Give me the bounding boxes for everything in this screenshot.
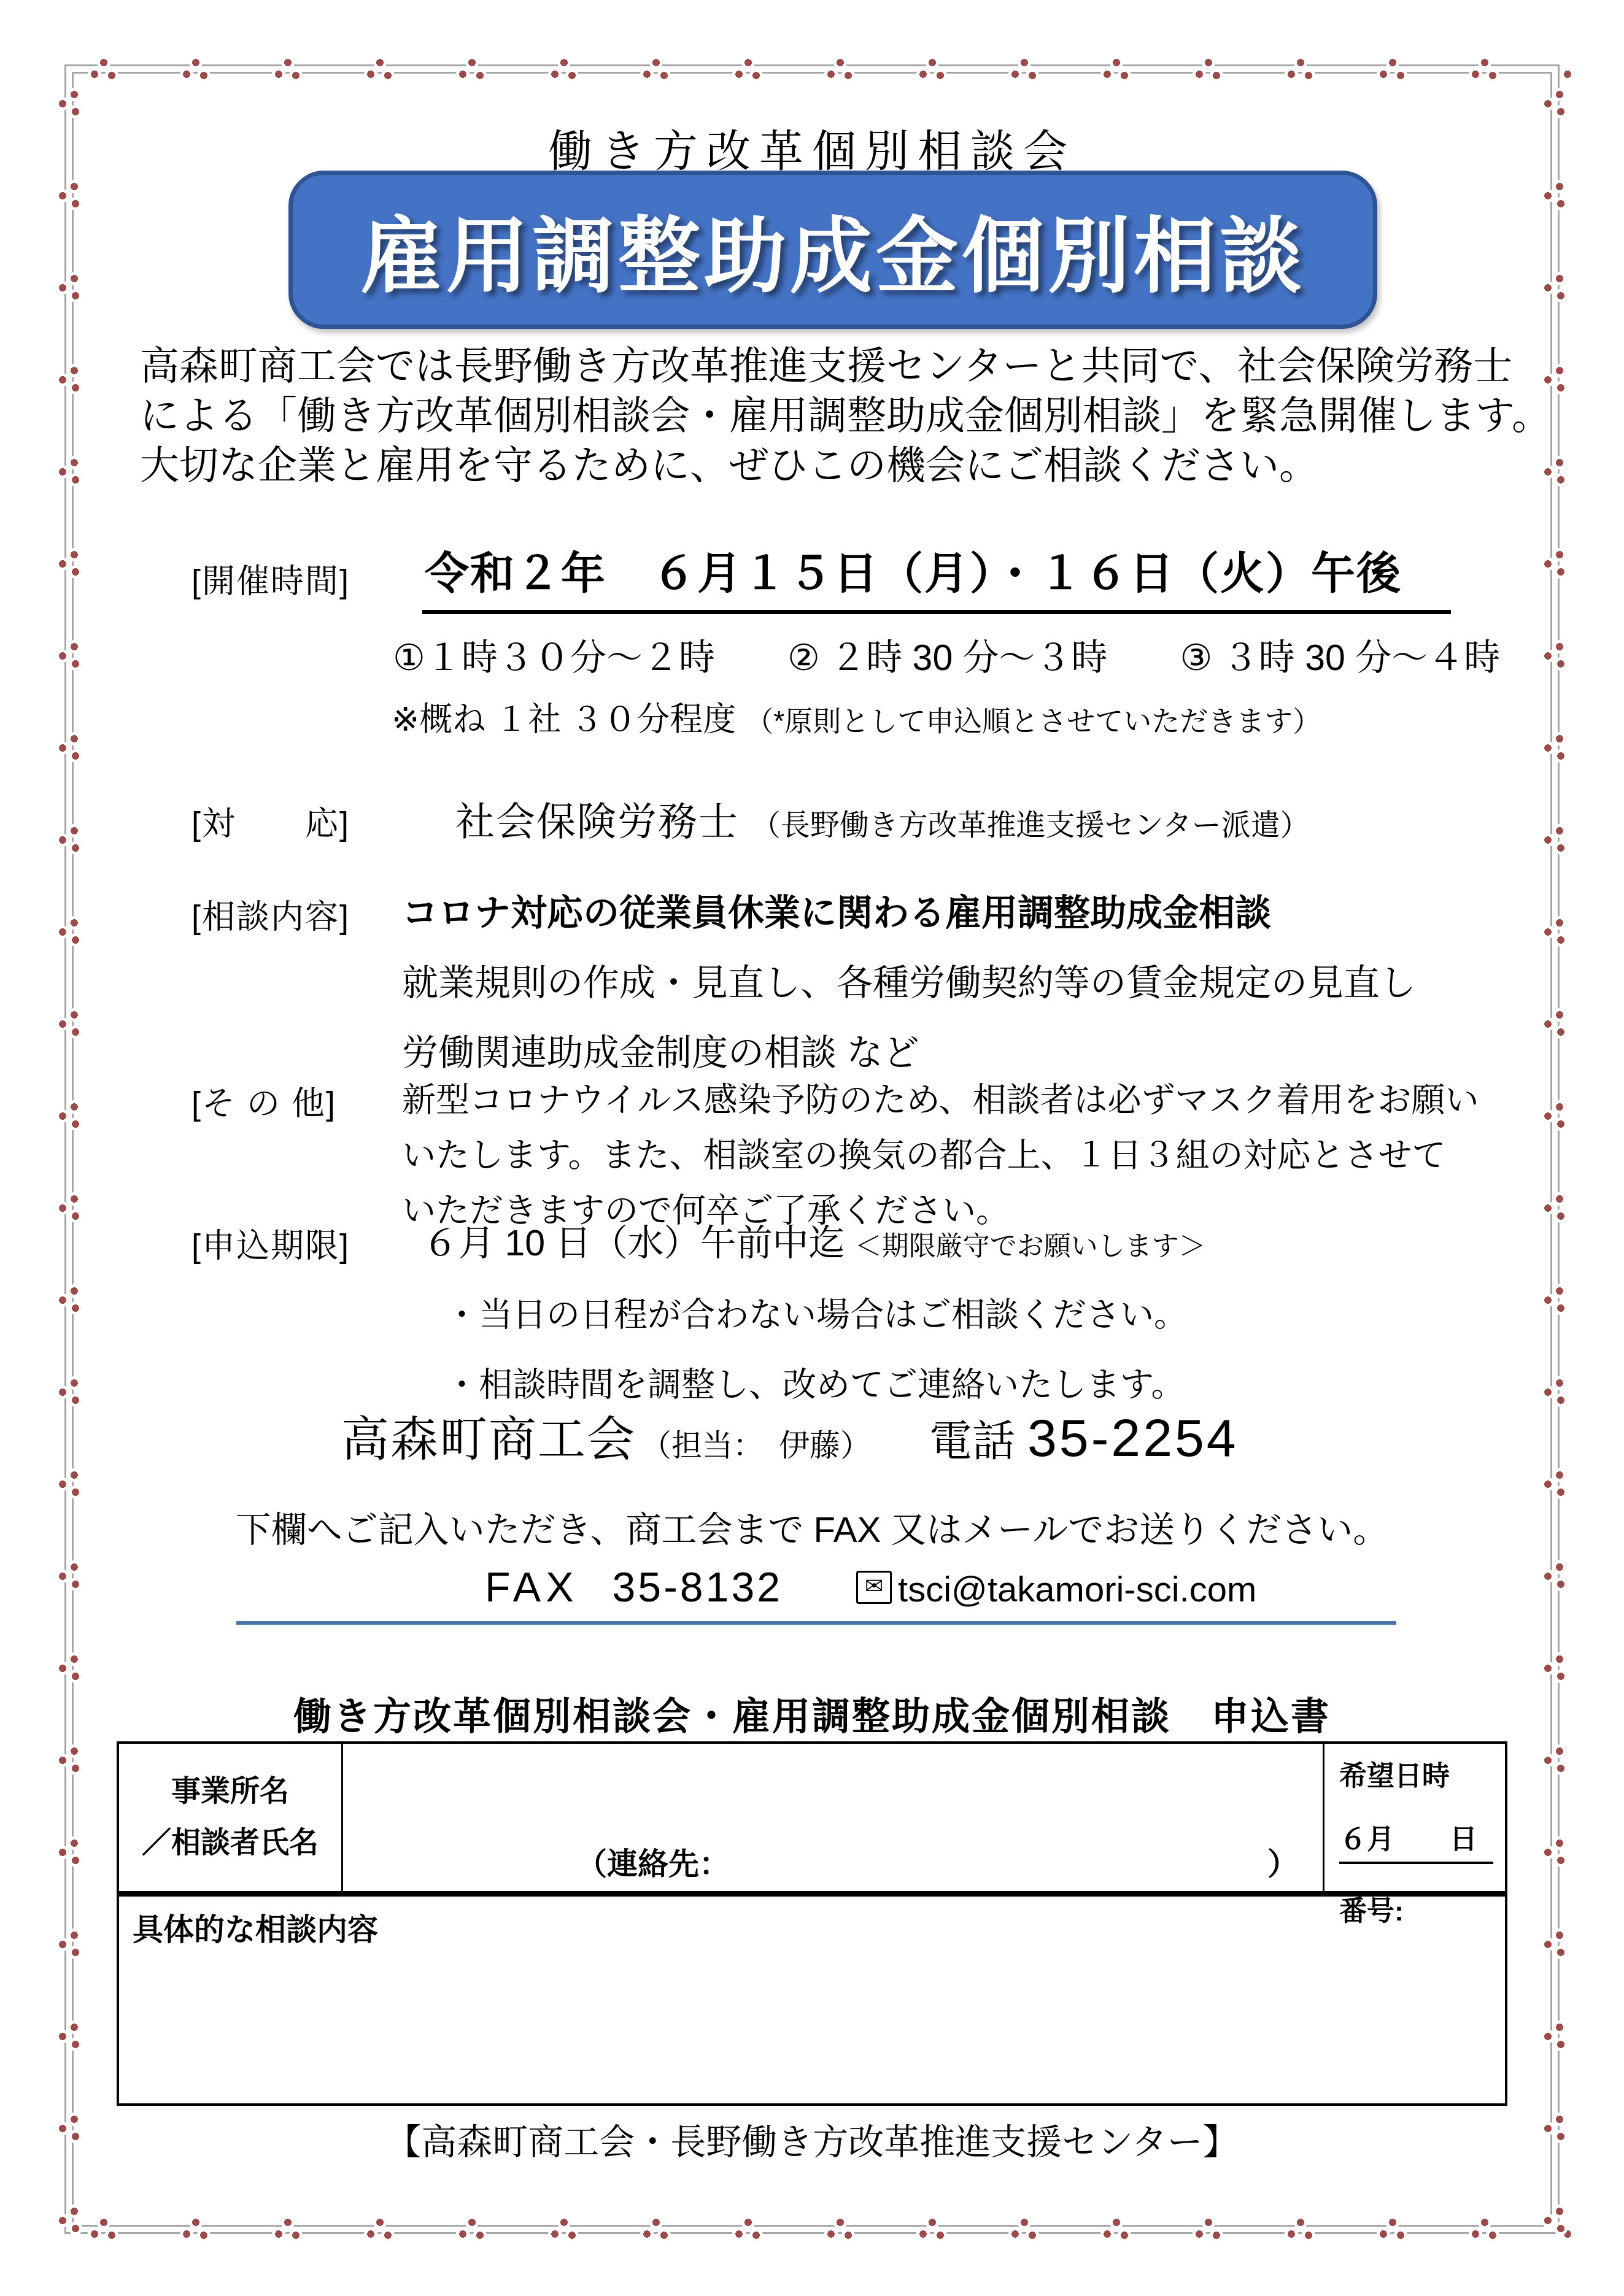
correspondent-name: 社会保険労務士 xyxy=(455,799,739,844)
fax-label: FAX xyxy=(485,1563,579,1611)
office-name-label-cell: 事業所名 ／相談者氏名 xyxy=(119,1744,343,1891)
section-divider xyxy=(236,1621,1396,1625)
phone-label: 電話 xyxy=(929,1407,1015,1469)
schedule-note-paren: （*原則として申込順とさせていただきます） xyxy=(745,705,1321,737)
others-line: 新型コロナウイルス感染予防のため、相談者は必ずマスク着用をお願い xyxy=(402,1073,1479,1121)
schedule-note-main: ※概ね １社 ３０分程度 xyxy=(392,701,736,738)
office-name-label-line1: 事業所名 xyxy=(171,1766,289,1817)
footer-organizers: 【高森町商工会・長野働き方改革推進支援センター】 xyxy=(0,2113,1624,2165)
contact-field-prefix: （連絡先： xyxy=(576,1839,730,1884)
schedule-date: 令和２年 ６月１５日（月）・１６日（火）午後 xyxy=(422,537,1451,614)
contact-info-field: （連絡先： ） xyxy=(576,1839,1298,1884)
phone-number: 35‐2254 xyxy=(1027,1408,1239,1469)
contact-person: （担当： 伊藤） xyxy=(641,1421,871,1465)
desired-datetime-label: 希望日時 xyxy=(1339,1754,1505,1793)
application-form-table: 事業所名 ／相談者氏名 （連絡先： ） 希望日時 ６月 日 番号: 具体的な相談… xyxy=(117,1741,1507,2106)
consultation-detail-cell: 具体的な相談内容 xyxy=(119,1891,1505,2103)
deadline-label: [申込期限] xyxy=(191,1220,350,1267)
subsidy-banner-title: 雇用調整助成金個別相談 xyxy=(360,191,1305,309)
intro-paragraph: 高森町商工会では長野働き方改革推進支援センターと共同で、社会保険労務士 による「… xyxy=(140,341,1527,490)
deadline-note: ＜期限厳守でお願いします＞ xyxy=(855,1231,1206,1262)
topics-label: [相談内容] xyxy=(191,891,350,938)
schedule-label: [開催時間] xyxy=(191,555,350,603)
send-instruction: 下欄へご記入いただき、商工会まで FAX 又はメールでお送りください。 xyxy=(0,1501,1624,1552)
flyer-page: 働き方改革個別相談会 雇用調整助成金個別相談 高森町商工会では長野働き方改革推進… xyxy=(0,0,1624,2296)
schedule-note: ※概ね １社 ３０分程度 （*原則として申込順とさせていただきます） xyxy=(392,693,1321,741)
desired-datetime-cell: 希望日時 ６月 日 番号: xyxy=(1323,1744,1505,1891)
form-row-applicant: 事業所名 ／相談者氏名 （連絡先： ） 希望日時 ６月 日 番号: xyxy=(119,1744,1505,1891)
deadline-date: ６月 10 日（水）午前中迄 xyxy=(422,1223,845,1263)
deadline-value: ６月 10 日（水）午前中迄 ＜期限厳守でお願いします＞ xyxy=(422,1214,1206,1266)
intro-line: 高森町商工会では長野働き方改革推進支援センターと共同で、社会保険労務士 xyxy=(140,341,1527,391)
envelope-icon: ✉ xyxy=(856,1571,892,1604)
contact-org: 高森町商工会 xyxy=(341,1401,636,1470)
desired-date-field: ６月 日 xyxy=(1339,1817,1493,1864)
email-address: tsci@takamori-sci.com xyxy=(898,1569,1256,1610)
deadline-bullet: ・当日の日程が合わない場合はご相談ください。 xyxy=(445,1287,1188,1336)
contact-field-close: ） xyxy=(1267,1839,1298,1884)
consultation-detail-label: 具体的な相談内容 xyxy=(133,1913,378,1947)
office-name-input-cell: （連絡先： ） xyxy=(343,1744,1323,1891)
correspondent-label: [対 応] xyxy=(191,798,350,845)
subsidy-banner: 雇用調整助成金個別相談 xyxy=(288,171,1377,329)
correspondent-value: 社会保険労務士 （長野働き方改革推進支援センター派遣） xyxy=(455,790,1310,847)
correspondent-paren: （長野働き方改革推進支援センター派遣） xyxy=(751,809,1310,842)
topics-line-2: 就業規則の作成・見直し、各種労働契約等の賃金規定の見直し xyxy=(402,953,1416,1006)
topics-line-3: 労働関連助成金制度の相談 など xyxy=(402,1023,919,1076)
intro-line: による「働き方改革個別相談会・雇用調整助成金個別相談」を緊急開催します。 xyxy=(140,391,1527,441)
deadline-bullet: ・相談時間を調整し、改めてご連絡いたします。 xyxy=(445,1357,1185,1406)
office-name-label-line2: ／相談者氏名 xyxy=(142,1817,319,1869)
contact-row: 高森町商工会 （担当： 伊藤） 電話 35‐2254 xyxy=(341,1401,1239,1470)
schedule-slots: ①１時３０分～２時 ② ２時 30 分～３時 ③ ３時 30 分～４時 xyxy=(393,628,1500,680)
fax-number: 35‐8132 xyxy=(613,1563,783,1611)
others-line: いたします。また、相談室の換気の都合上、１日３組の対応とさせて xyxy=(402,1128,1446,1176)
topics-line-1: コロナ対応の従業員休業に関わる雇用調整助成金相談 xyxy=(402,884,1271,936)
others-label: [そ の 他] xyxy=(191,1077,336,1125)
event-title: 働き方改革個別相談会 xyxy=(0,115,1624,179)
fax-row: FAX 35‐8132 ✉ tsci@takamori-sci.com xyxy=(485,1563,1256,1611)
intro-line: 大切な企業と雇用を守るために、ぜひこの機会にご相談ください。 xyxy=(140,441,1527,490)
application-form-title: 働き方改革個別相談会・雇用調整助成金個別相談 申込書 xyxy=(0,1686,1624,1741)
